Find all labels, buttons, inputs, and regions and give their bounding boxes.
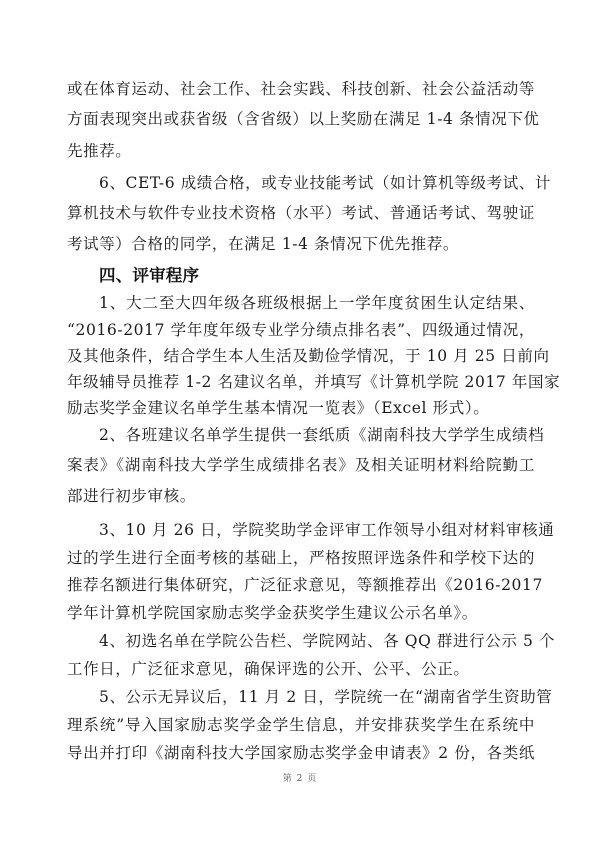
page-number: 第 2 页	[0, 771, 600, 784]
paragraph-line: 或在体育运动、社会工作、社会实践、科技创新、社会公益活动等	[67, 79, 535, 99]
paragraph-line: 3、10 月 26 日，学院奖助学金评审工作领导小组对材料审核通	[99, 520, 535, 540]
paragraph-line: 考试等）合格的同学，在满足 1-4 条情况下优先推荐。	[67, 234, 535, 254]
paragraph-line: 算机技术与软件专业技术资格（水平）考试、普通话考试、驾驶证	[67, 203, 535, 223]
paragraph-line: 部进行初步审核。	[67, 486, 535, 506]
paragraph-line: 6、CET-6 成绩合格，或专业技能考试（如计算机等级考试、计	[99, 173, 535, 193]
paragraph-line: 2、各班建议名单学生提供一套纸质《湖南科技大学学生成绩档	[99, 425, 535, 445]
paragraph-line: 及其他条件，结合学生本人生活及勤俭学情况，于 10 月 25 日前向	[67, 346, 535, 366]
paragraph-line: 理系统”导入国家励志奖学金学生信息，并安排获奖学生在系统中	[67, 715, 535, 735]
section-heading: 四、评审程序	[99, 266, 199, 286]
paragraph-line: 4、初选名单在学院公告栏、学院网站、各 QQ 群进行公示 5 个	[99, 631, 535, 651]
paragraph-line: 5、公示无异议后，11 月 2 日，学院统一在“湖南省学生资助管	[99, 687, 535, 707]
paragraph-line: 先推荐。	[67, 141, 535, 161]
paragraph-line: 年级辅导员推荐 1-2 名建议名单，并填写《计算机学院 2017 年国家	[67, 372, 535, 392]
paragraph-line: 励志奖学金建议名单学生基本情况一览表》（Excel 形式）。	[67, 398, 535, 418]
paragraph-line: 方面表现突出或获省级（含省级）以上奖励在满足 1-4 条情况下优	[67, 109, 535, 129]
document-page: 或在体育运动、社会工作、社会实践、科技创新、社会公益活动等 方面表现突出或获省级…	[0, 0, 600, 848]
paragraph-line: “2016-2017 学年度年级专业学分绩点排名表”、四级通过情况，	[67, 320, 535, 340]
paragraph-line: 1、大二至大四年级各班级根据上一学年度贫困生认定结果、	[99, 293, 535, 313]
paragraph-line: 推荐名额进行集体研究，广泛征求意见，等额推荐出《2016-2017	[67, 575, 535, 595]
paragraph-line: 过的学生进行全面考核的基础上，严格按照评选条件和学校下达的	[67, 548, 535, 568]
paragraph-line: 案表》《湖南科技大学学生成绩排名表》及相关证明材料给院勤工	[67, 455, 535, 475]
paragraph-line: 工作日，广泛征求意见，确保评选的公开、公平、公正。	[67, 659, 535, 679]
paragraph-line: 学年计算机学院国家励志奖学金获奖学生建议公示名单》。	[67, 603, 535, 623]
paragraph-line: 导出并打印《湖南科技大学国家励志奖学金申请表》2 份，各类纸	[67, 743, 535, 763]
